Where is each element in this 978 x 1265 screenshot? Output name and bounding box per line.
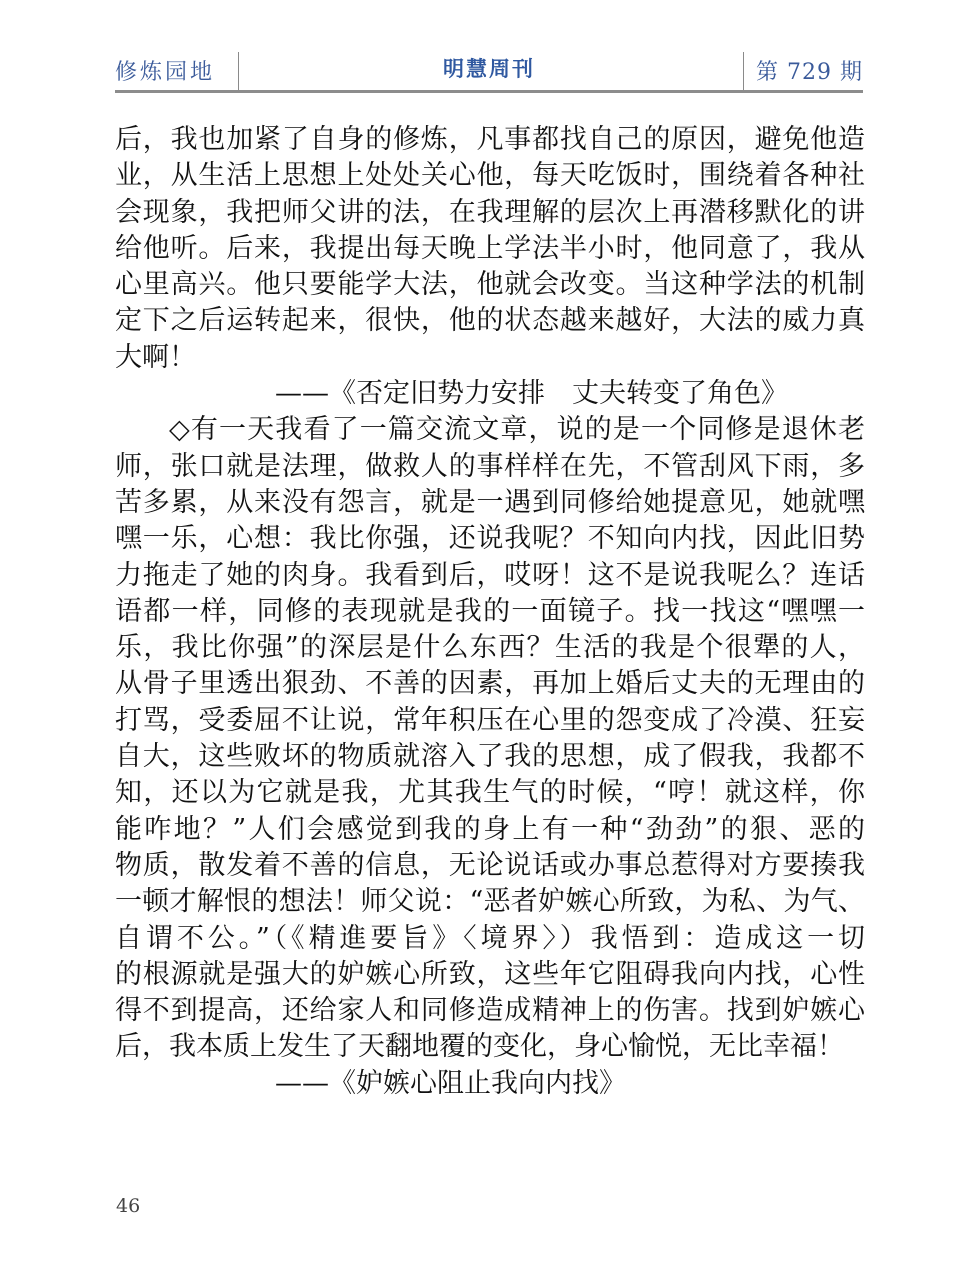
text-line: 业，从生活上思想上处处关心他，每天吃饭时，围绕着各种社 [115,158,865,194]
text-line: 的根源就是强大的妒嫉心所致，这些年它阻碍我向内找，心性 [115,957,865,993]
text-line: 大啊！ [115,340,865,376]
text-line: 能咋地？”人们会感觉到我的身上有一种“劲劲”的狠、恶的 [115,812,865,848]
text-line: 物质，散发着不善的信息，无论说话或办事总惹得对方要揍我 [115,848,865,884]
text-line: 苦多累，从来没有怨言，就是一遇到同修给她提意见，她就嘿 [115,485,865,521]
issue-number: 第 729 期 [756,55,863,86]
text-line: 后，我也加紧了自身的修炼，凡事都找自己的原因，避免他造 [115,122,865,158]
text-line: 给他听。后来，我提出每天晚上学法半小时，他同意了，我从 [115,231,865,267]
page-number: 46 [116,1195,140,1217]
text-line: 语都一样，同修的表现就是我的一面镜子。找一找这“嘿嘿一 [115,594,865,630]
citation: ——《否定旧势力安排 丈夫转变了角色》 [115,376,865,412]
text-line: 自谓不公。”（《精進要旨》〈境界〉）我悟到：造成这一切 [115,921,865,957]
text-line: 心里高兴。他只要能学大法，他就会改变。当这种学法的机制 [115,267,865,303]
text-line: 知，还以为它就是我，尤其我生气的时候，“哼！就这样，你 [115,775,865,811]
text-line: 乐，我比你强”的深层是什么东西？生活的我是个很犟的人， [115,630,865,666]
citation: ——《妒嫉心阻止我向内找》 [115,1066,865,1102]
text-line: 打骂，受委屈不让说，常年积压在心里的怨变成了冷漠、狂妄 [115,703,865,739]
text-line: 一顿才解恨的想法！师父说：“恶者妒嫉心所致，为私、为气、 [115,884,865,920]
publication-title: 明慧周刊 [115,53,863,83]
text-line: 后，我本质上发生了天翻地覆的变化，身心愉悦，无比幸福！ [115,1029,865,1065]
text-line: 从骨子里透出狠劲、不善的因素，再加上婚后丈夫的无理由的 [115,666,865,702]
text-line: 力拖走了她的肉身。我看到后，哎呀！这不是说我呢么？连话 [115,558,865,594]
header-divider-right [743,52,744,92]
text-line: 会现象，我把师父讲的法，在我理解的层次上再潜移默化的讲 [115,195,865,231]
text-line: 自大，这些败坏的物质就溶入了我的思想，成了假我，我都不 [115,739,865,775]
text-line: 定下之后运转起来，很快，他的状态越来越好，大法的威力真 [115,303,865,339]
header-rule [115,90,863,93]
text-line: 嘿一乐，心想：我比你强，还说我呢？不知向内找，因此旧势 [115,521,865,557]
page-header: 修炼园地 明慧周刊 第 729 期 [115,50,863,92]
text-line: ◇有一天我看了一篇交流文章，说的是一个同修是退休老 [115,412,865,448]
article-body: 后，我也加紧了自身的修炼，凡事都找自己的原因，避免他造 业，从生活上思想上处处关… [115,122,865,1102]
text-line: 师，张口就是法理，做救人的事样样在先，不管刮风下雨，多 [115,449,865,485]
text-line: 得不到提高，还给家人和同修造成精神上的伤害。找到妒嫉心 [115,993,865,1029]
